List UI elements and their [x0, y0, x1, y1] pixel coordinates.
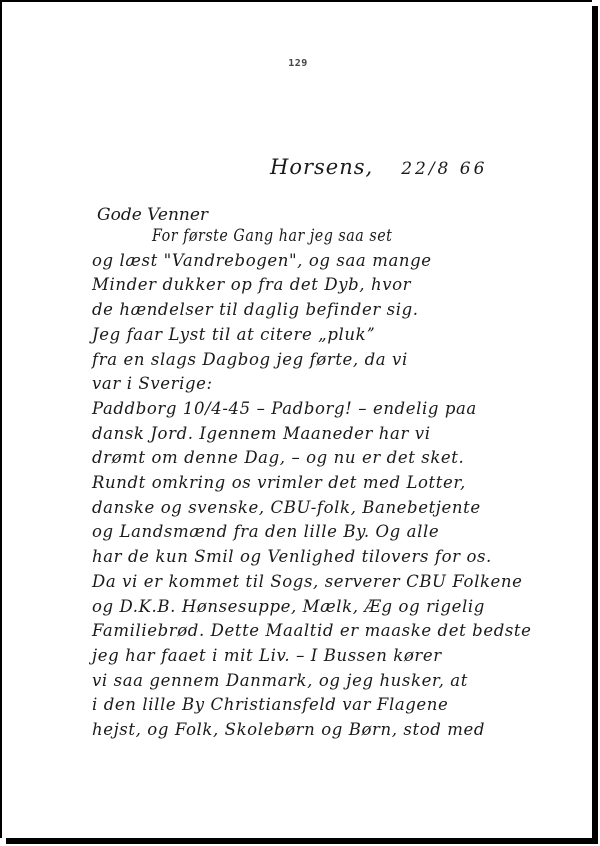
- letter-line: vi saa gennem Danmark, og jeg husker, at: [92, 671, 532, 690]
- letter-line: var i Sverige:: [92, 374, 532, 393]
- letter-line: For første Gang har jeg saa set: [152, 226, 532, 245]
- letter-line: danske og svenske, CBU-folk, Banebetjent…: [92, 498, 532, 517]
- letter-page: 129 Horsens,22/8 66 Gode Venner For førs…: [0, 0, 592, 838]
- letter-line: drømt om denne Dag, – og nu er det sket.: [92, 448, 532, 467]
- letter-heading: Horsens,22/8 66: [270, 155, 487, 179]
- letter-line: de hændelser til daglig befinder sig.: [92, 300, 532, 319]
- letter-line: Rundt omkring os vrimler det med Lotter,: [92, 473, 532, 492]
- letter-line: og D.K.B. Hønsesuppe, Mælk, Æg og rigeli…: [92, 597, 532, 616]
- letter-line: Paddborg 10/4-45 – Padborg! – endelig pa…: [92, 399, 532, 418]
- letter-line: i den lille By Christiansfeld var Flagen…: [92, 695, 532, 714]
- letter-line: dansk Jord. Igennem Maaneder har vi: [92, 424, 532, 443]
- letter-line: hejst, og Folk, Skolebørn og Børn, stod …: [92, 720, 532, 739]
- letter-line: Jeg faar Lyst til at citere „plukˮ: [92, 325, 532, 344]
- letter-line: Da vi er kommet til Sogs, serverer CBU F…: [92, 572, 532, 591]
- letter-salutation: Gode Venner: [97, 205, 208, 225]
- letter-line: jeg har faaet i mit Liv. – I Bussen køre…: [92, 646, 532, 665]
- letter-line: har de kun Smil og Venlighed tilovers fo…: [92, 547, 532, 566]
- letter-line: og Landsmænd fra den lille By. Og alle: [92, 522, 532, 541]
- letter-line: fra en slags Dagbog jeg førte, da vi: [92, 350, 532, 369]
- letter-line: Familiebrød. Dette Maaltid er maaske det…: [92, 621, 532, 640]
- letter-line: og læst "Vandrebogen", og saa mange: [92, 251, 532, 270]
- page-number: 129: [2, 58, 594, 69]
- letter-date: 22/8 66: [401, 159, 487, 179]
- letter-line: Minder dukker op fra det Dyb, hvor: [92, 275, 532, 294]
- letter-place: Horsens,: [270, 155, 373, 179]
